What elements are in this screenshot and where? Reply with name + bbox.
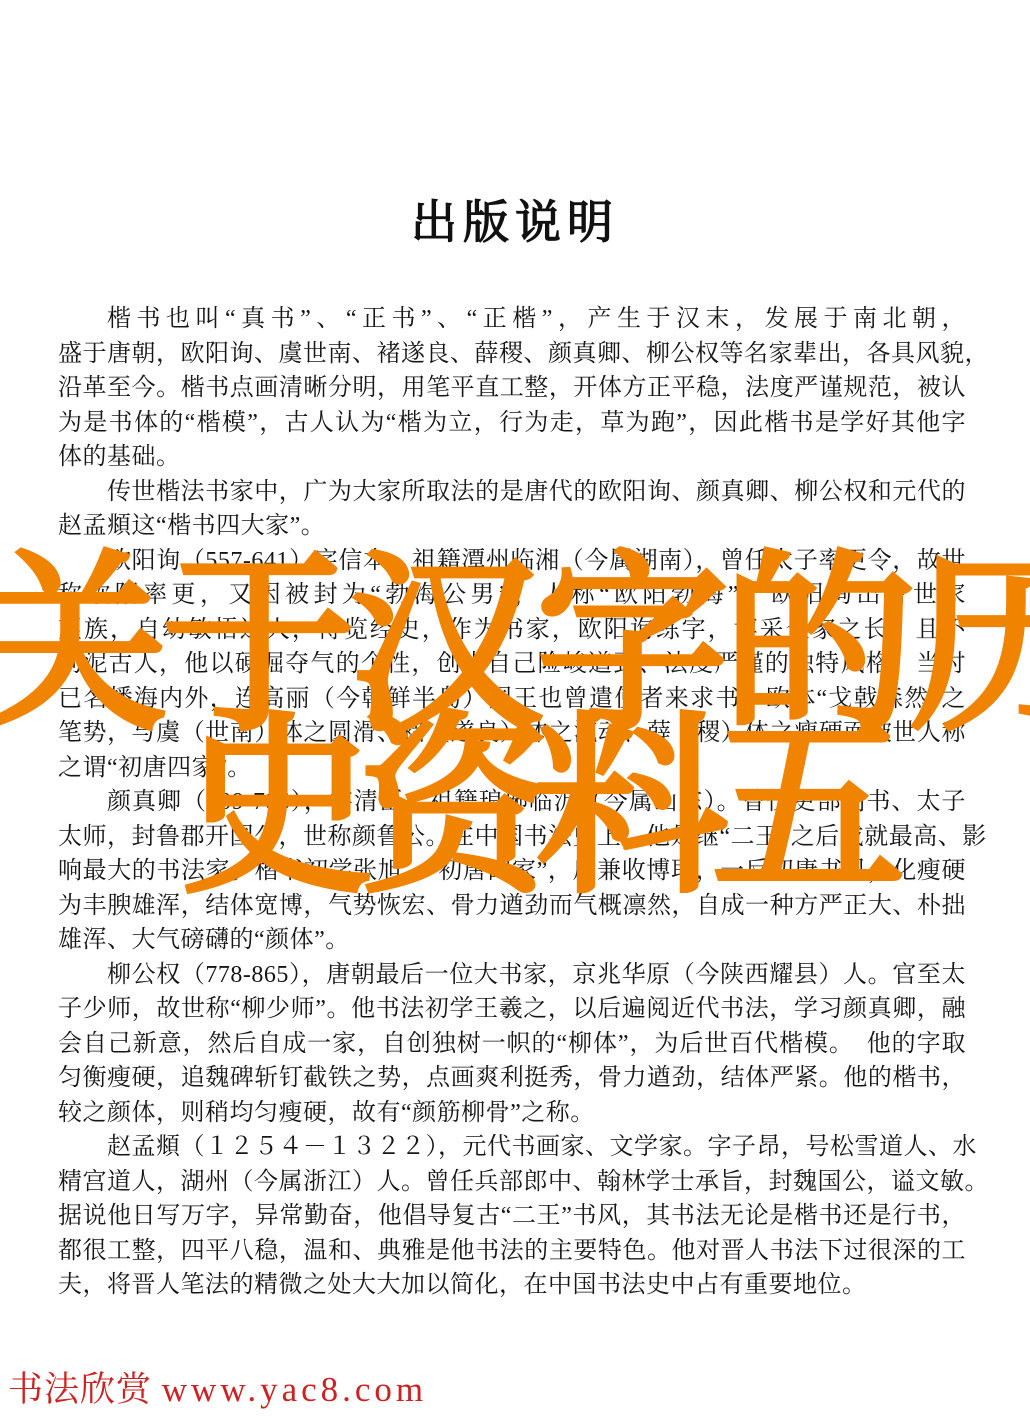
text-line: 子少师，故世称“柳少师”。他书法初学王羲之，以后遍阅近代书法，学习颜真卿，融 — [58, 992, 966, 1027]
watermark-line-2: 史资料五 — [180, 710, 888, 905]
page-title: 出版说明 — [0, 186, 1030, 252]
site-name: 书法欣赏 — [8, 1370, 152, 1409]
text-line: 会自己新意，然后自成一家，自创独树一帜的“柳体”，为后世百代楷模。 他的字取 — [58, 1027, 966, 1062]
text-line: 体的基础。 — [58, 440, 966, 475]
text-line: 传世楷法书家中，广为大家所取法的是唐代的欧阳询、颜真卿、柳公权和元代的 — [58, 475, 966, 510]
text-line: 赵孟頫（１２５４－１３２２），元代书画家、文学家。字子昂，号松雪道人、水 — [58, 1130, 966, 1165]
site-url: www.yac8.com — [162, 1370, 427, 1409]
text-line: 为是书体的“楷模”，古人认为“楷为立，行为走，草为跑”，因此楷书是学好其他字 — [58, 406, 966, 441]
text-line: 雄浑、大气磅礴的“颜体”。 — [58, 923, 966, 958]
text-line: 柳公权（778-865），唐朝最后一位大书家，京兆华原（今陕西耀县）人。官至太 — [58, 958, 966, 993]
text-line: 精宫道人，湖州（今属浙江）人。曾任兵部郎中、翰林学士承旨，封魏国公，谥文敏。 — [58, 1165, 966, 1200]
text-line: 较之颜体，则稍均匀瘦硬，故有“颜筋柳骨”之称。 — [58, 1096, 966, 1131]
text-line: 楷书也叫“真书”、“正书”、“正楷”，产生于汉末，发展于南北朝， — [58, 302, 966, 337]
footer-watermark: 书法欣赏 www.yac8.com — [8, 1362, 427, 1412]
text-line: 匀衡瘦硬，追魏碑斩钉截铁之势，点画爽利挺秀，骨力遒劲，结体严紧。他的楷书， — [58, 1061, 966, 1096]
scanned-book-page: 出版说明 楷书也叫“真书”、“正书”、“正楷”，产生于汉末，发展于南北朝，盛于唐… — [0, 0, 1030, 1416]
text-line: 据说他日写万字，异常勤奋，他倡导复古“二王”书风，其书法无论是楷书还是行书， — [58, 1199, 966, 1234]
text-line: 沿革至今。楷书点画清晰分明，用笔平直工整，开体方正平稳，法度严谨规范，被认 — [58, 371, 966, 406]
text-line: 夫，将晋人笔法的精微之处大大加以简化，在中国书法史中占有重要地位。 — [58, 1268, 966, 1303]
text-line: 盛于唐朝，欧阳询、虞世南、褚遂良、薛稷、颜真卿、柳公权等名家辈出，各具风貌， — [58, 337, 966, 372]
text-line: 都很工整，四平八稳，温和、典雅是他书法的主要特色。他对晋人书法下过很深的工 — [58, 1234, 966, 1269]
